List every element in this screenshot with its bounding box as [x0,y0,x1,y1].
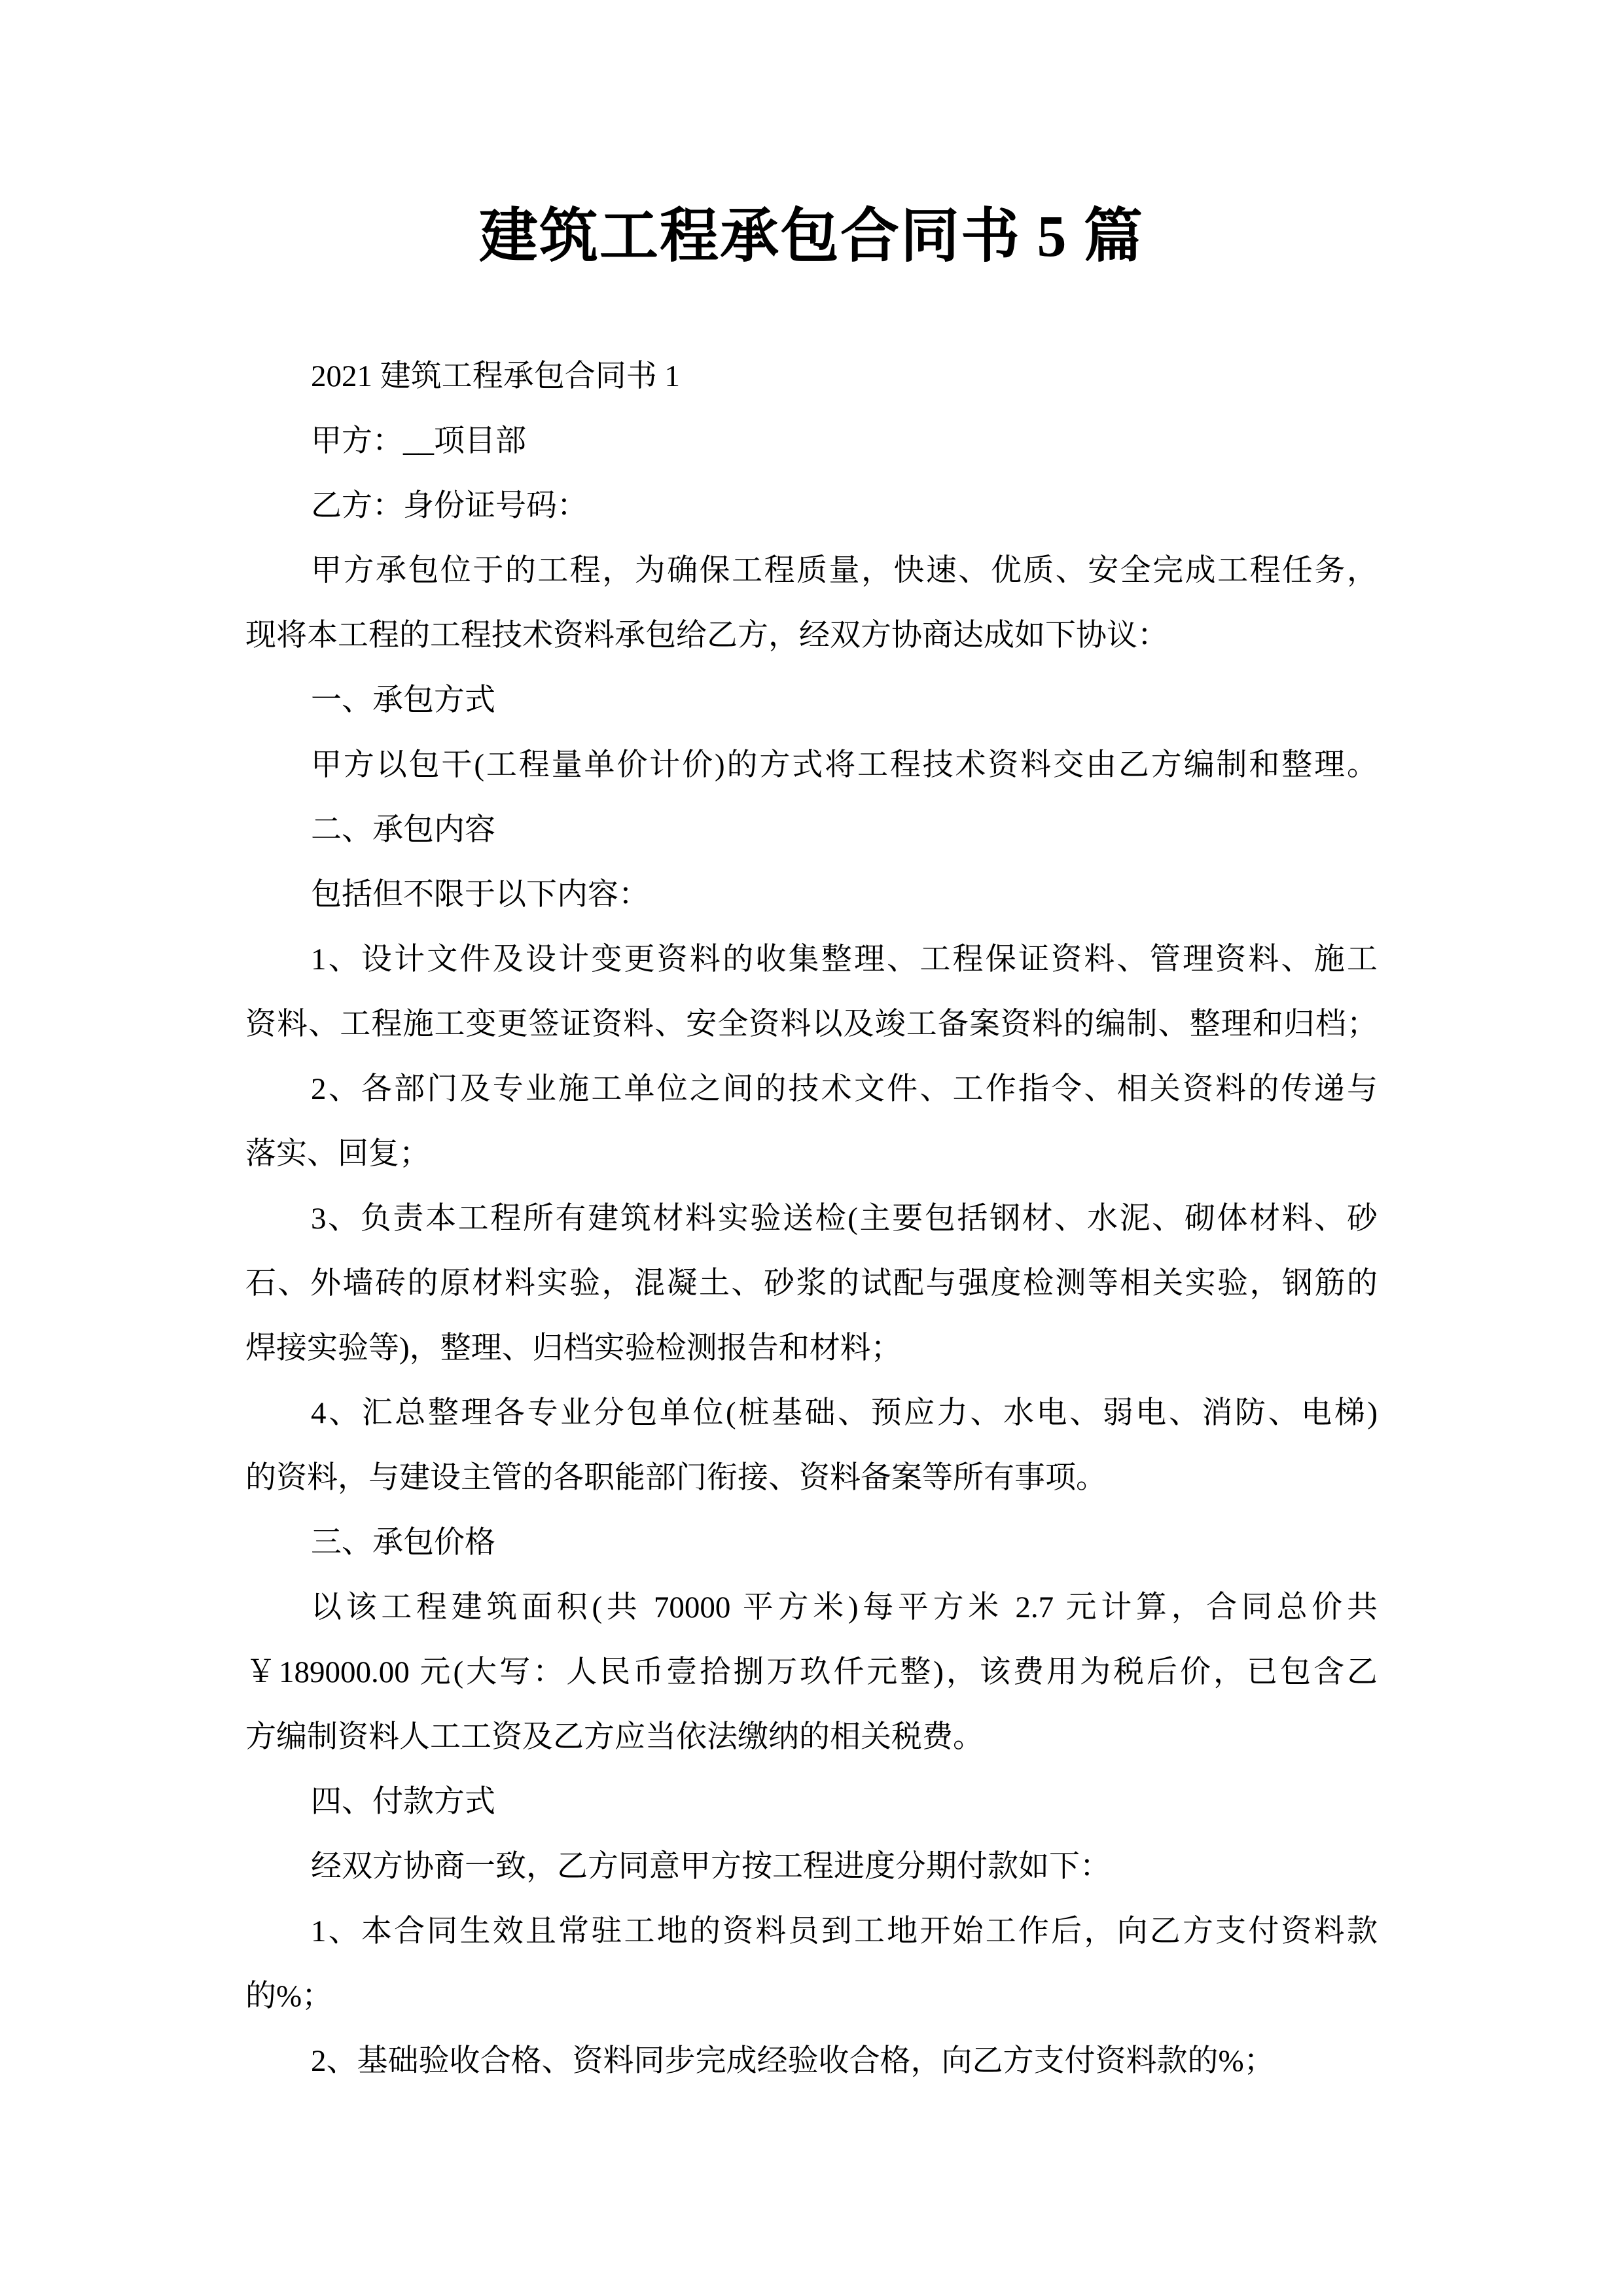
document-title: 建筑工程承包合同书 5 篇 [0,0,1623,272]
text-line: 甲方承包位于的工程，为确保工程质量，快速、优质、安全完成工程任务， [245,539,1378,603]
text-line: 资料、工程施工变更签证资料、安全资料以及竣工备案资料的编制、整理和归档； [245,992,1378,1057]
text-line: 石、外墙砖的原材料实验，混凝土、砂浆的试配与强度检测等相关实验，钢筋的 [245,1251,1378,1316]
text-line: 1、本合同生效且常驻工地的资料员到工地开始工作后，向乙方支付资料款 [245,1899,1378,1964]
text-line: 甲方：__项目部 [245,409,1378,474]
text-line: 一、承包方式 [245,668,1378,733]
text-line: 1、设计文件及设计变更资料的收集整理、工程保证资料、管理资料、施工 [245,927,1378,992]
document-page: 建筑工程承包合同书 5 篇 2021 建筑工程承包合同书 1甲方：__项目部乙方… [0,0,1623,2296]
text-line: 2、基础验收合格、资料同步完成经验收合格，向乙方支付资料款的%； [245,2029,1378,2094]
text-line: 焊接实验等)，整理、归档实验检测报告和材料； [245,1316,1378,1381]
text-line: 三、承包价格 [245,1511,1378,1575]
text-line: 包括但不限于以下内容： [245,863,1378,927]
text-line: 经双方协商一致，乙方同意甲方按工程进度分期付款如下： [245,1835,1378,1899]
document-body: 2021 建筑工程承包合同书 1甲方：__项目部乙方：身份证号码：甲方承包位于的… [245,344,1378,2094]
text-line: 甲方以包干(工程量单价计价)的方式将工程技术资料交由乙方编制和整理。 [245,733,1378,798]
text-line: 4、汇总整理各专业分包单位(桩基础、预应力、水电、弱电、消防、电梯) [245,1381,1378,1446]
text-line: 2、各部门及专业施工单位之间的技术文件、工作指令、相关资料的传递与 [245,1057,1378,1122]
text-line: 以该工程建筑面积(共 70000 平方米)每平方米 2.7 元计算，合同总价共 [245,1575,1378,1640]
text-line: 3、负责本工程所有建筑材料实验送检(主要包括钢材、水泥、砌体材料、砂 [245,1187,1378,1251]
text-line: ￥189000.00 元(大写：人民币壹拾捌万玖仟元整)，该费用为税后价，已包含… [245,1640,1378,1705]
text-line: 乙方：身份证号码： [245,474,1378,539]
text-line: 落实、回复； [245,1122,1378,1187]
text-line: 2021 建筑工程承包合同书 1 [245,344,1378,409]
text-line: 现将本工程的工程技术资料承包给乙方，经双方协商达成如下协议： [245,603,1378,668]
text-line: 二、承包内容 [245,798,1378,863]
text-line: 的资料，与建设主管的各职能部门衔接、资料备案等所有事项。 [245,1446,1378,1511]
text-line: 四、付款方式 [245,1770,1378,1835]
text-line: 的%； [245,1964,1378,2029]
text-line: 方编制资料人工工资及乙方应当依法缴纳的相关税费。 [245,1705,1378,1770]
